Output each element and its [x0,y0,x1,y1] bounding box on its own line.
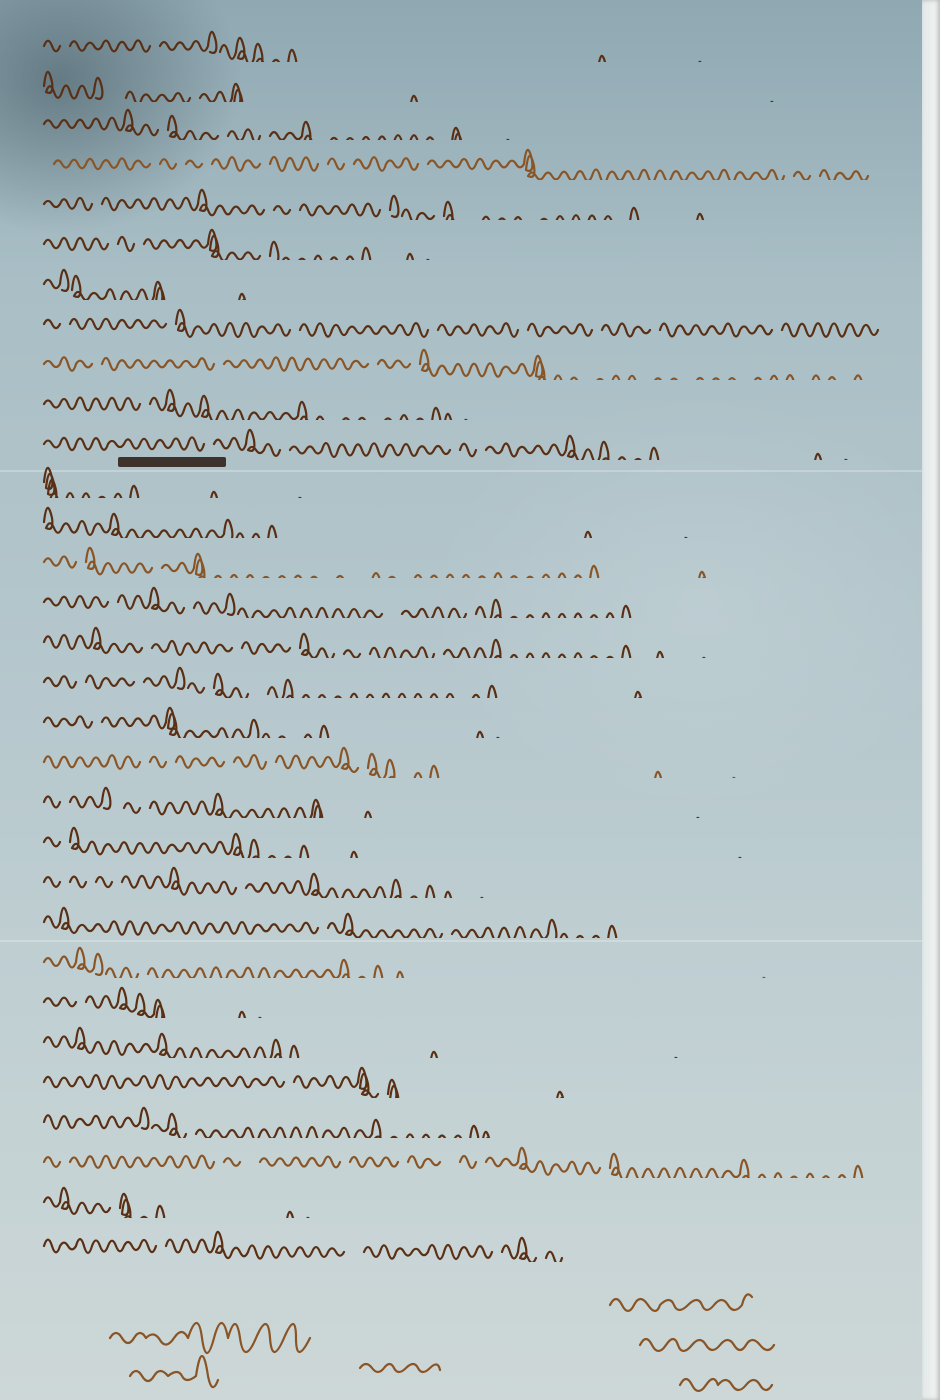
handwritten-line [40,1222,580,1262]
handwritten-line [40,978,900,1018]
handwritten-line [40,818,900,858]
handwritten-line [40,1178,900,1218]
handwritten-line [40,420,900,460]
handwritten-line [40,1018,900,1058]
page-edge [922,0,940,1400]
closing-left-block [100,1318,560,1400]
handwritten-line [40,220,900,260]
closing-right-signature [600,1275,900,1400]
handwritten-line [40,538,900,578]
handwritten-line [40,858,900,898]
struck-out-word [118,457,226,467]
handwritten-line [40,698,900,738]
handwritten-line [40,380,900,420]
handwritten-line [40,618,900,658]
handwritten-line [40,938,900,978]
handwritten-line [40,100,900,140]
handwritten-line [40,1058,900,1098]
handwritten-line [40,658,900,698]
handwritten-line [40,1098,900,1138]
handwritten-line [40,1138,900,1178]
handwritten-line [40,738,900,778]
handwritten-line [40,62,900,102]
handwritten-line [40,300,900,340]
handwritten-line [40,778,900,818]
handwritten-line [40,22,900,62]
handwritten-line [40,260,900,300]
handwritten-line [40,898,900,938]
handwriting-closing-left [100,1318,560,1398]
handwritten-line [40,180,900,220]
handwritten-line [40,498,900,538]
handwritten-line [40,578,900,618]
handwriting-signature [600,1275,900,1400]
handwritten-line [40,140,900,180]
handwritten-line [40,340,900,380]
